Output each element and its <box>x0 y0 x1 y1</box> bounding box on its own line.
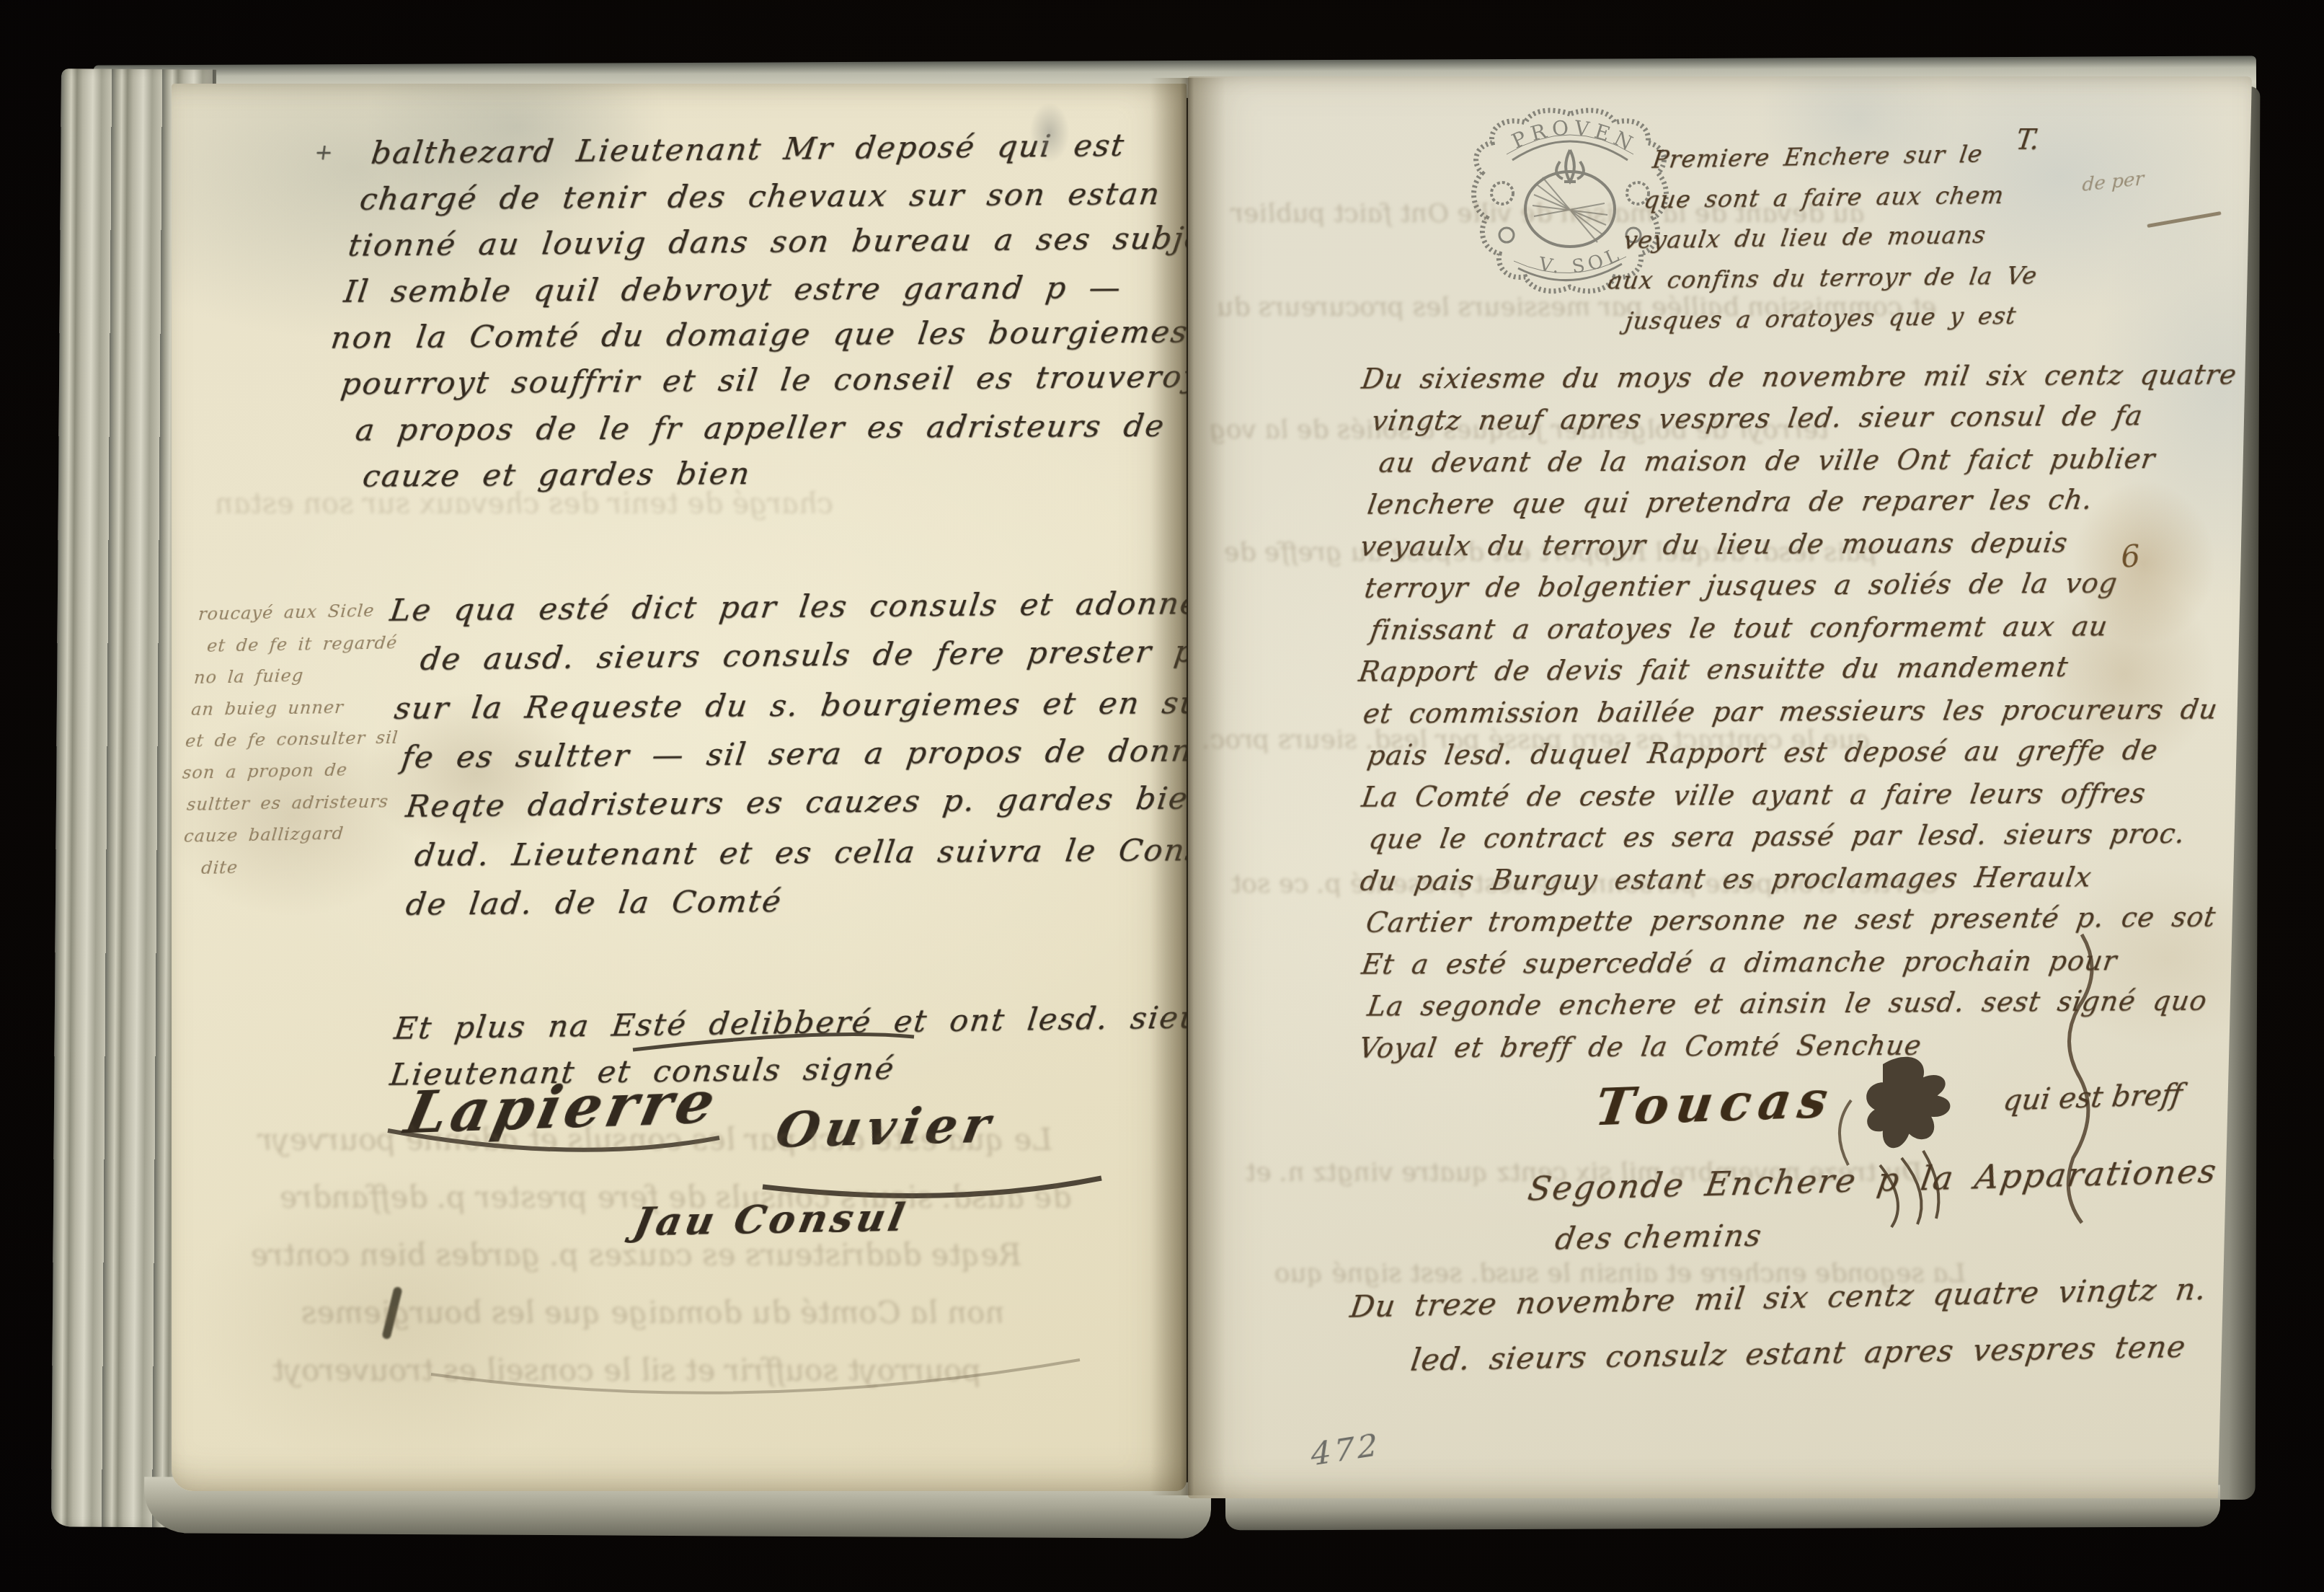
margin-note-line: roucayé aux Sicle <box>198 601 376 624</box>
folio-number-ink: 6 <box>2120 538 2142 575</box>
subheading-line: Segonde Enchere p la Apparationes <box>1525 1151 2220 1208</box>
manuscript-line: pourroyt souffrir et sil le conseil es t… <box>339 358 1187 402</box>
margin-note-line: et de fe it regardé <box>206 632 399 656</box>
manuscript-line: Il semble quil debvroyt estre garand p — <box>342 270 1124 310</box>
signature-jau-consul: Jau Consul <box>630 1193 912 1244</box>
manuscript-line: pais lesd. duquel Rapport est deposé au … <box>1365 734 2160 771</box>
folio-number-pencil: 472 <box>1310 1426 1381 1473</box>
margin-note-line: sultter es adristeurs <box>186 792 389 815</box>
manuscript-line: non la Comté du domaige que les bourgiem… <box>329 314 1187 356</box>
subheading-line: des chemins <box>1553 1218 1765 1257</box>
svg-text:PROVENCE: PROVENCE <box>1452 82 1641 158</box>
manuscript-line: Cartier trompette personne ne sest prese… <box>1364 901 2218 939</box>
manuscript-line: balthezard Lieutenant Mr deposé qui est <box>369 128 1127 172</box>
manuscript-line: Du sixiesme du moys de novembre mil six … <box>1360 359 2239 395</box>
manuscript-line: cauze et gardes bien <box>360 456 753 495</box>
manuscript-line: que le contract es sera passé par lesd. … <box>1367 818 2188 855</box>
stamp-top-text: PROVENCE <box>1452 82 1641 158</box>
manuscript-line: lenchere que qui pretendra de reparer le… <box>1365 484 2095 521</box>
signature-toucas: Toucas <box>1592 1069 1839 1137</box>
manuscript-line: au devant de la maison de ville Ont faic… <box>1377 443 2157 479</box>
manuscript-line: tionné au louvig dans son bureau a ses s… <box>346 220 1187 264</box>
footer-line: Du treze novembre mil six centz quatre v… <box>1348 1270 2252 1325</box>
right-page-corner-mark: T. <box>2014 124 2041 156</box>
margin-note-line: an buieg unner <box>190 697 345 720</box>
margin-note-line: et de fe consulter sil <box>185 728 399 751</box>
manuscript-line: fe es sultter — sil sera a propos de don… <box>399 733 1187 776</box>
manuscript-line: terroyr de bolgentier jusques a soliés d… <box>1362 567 2120 604</box>
ink-smudge <box>381 1286 403 1340</box>
signature-lapierre: Lapierre <box>399 1068 725 1146</box>
pen-dash <box>2147 211 2221 228</box>
manuscript-line: sur la Requeste du s. bourgiemes et en s… <box>392 685 1187 727</box>
manuscript-line: de ausd. sieurs consuls de fere prester … <box>418 632 1187 678</box>
signature-ouvier: Ouvier <box>771 1096 1001 1159</box>
manuscript-line: La segonde enchere et ainsin le susd. se… <box>1365 985 2209 1022</box>
manuscript-line: Et a esté superceddé a dimanche prochain… <box>1360 945 2119 981</box>
svg-text:V. SOLS: V. SOLS <box>1453 84 1626 278</box>
manuscript-line: Reqte dadristeurs es cauzes p. gardes bi… <box>404 779 1187 825</box>
manuscript-line: a propos de le fr appeller es adristeurs… <box>353 408 1187 448</box>
signature-note: qui est breff <box>2001 1078 2184 1118</box>
manuscript-line: dud. Lieutenant et es cella suivra le Co… <box>412 832 1187 874</box>
footer-line: led. sieurs consulz estant apres vespres… <box>1409 1329 2188 1378</box>
margin-note-line: no la fuieg <box>193 665 304 688</box>
manuscript-line: finissant a oratoyes le tout conformemt … <box>1368 611 2110 646</box>
heading-line: Premiere Enchere sur le <box>1651 140 1984 174</box>
left-page: + balthezard Lieutenant Mr deposé qui es… <box>172 84 1187 1491</box>
manuscript-line: Le qua esté dict par les consuls et adon… <box>388 584 1187 629</box>
heading-line: aux confins du terroyr de la Ve <box>1606 262 2039 295</box>
manuscript-line: de lad. de la Comté <box>404 883 784 923</box>
heading-line: veyaulx du lieu de mouans <box>1622 221 1988 255</box>
manuscript-photo: { "palette": { "background": "#0a0705", … <box>0 0 2324 1592</box>
margin-note-line: dite <box>200 857 239 878</box>
manuscript-line: et commission baillée par messieurs les … <box>1361 694 2220 730</box>
manuscript-line: du pais Burguy estant es proclamages Her… <box>1358 862 2094 897</box>
manuscript-line: Rapport de devis fait ensuitte du mandem… <box>1357 651 2070 688</box>
manuscript-line: chargé de tenir des chevaux sur son esta… <box>358 176 1163 218</box>
corner-faint-note: de per <box>2082 168 2145 196</box>
heading-line: que sont a faire aux chem <box>1642 181 2006 214</box>
left-page-corner-mark: + <box>313 140 334 165</box>
margin-note-line: son a propon de <box>182 760 348 783</box>
heading-line: jusques a oratoyes que y est <box>1623 301 2018 335</box>
manuscript-line: La Comté de ceste ville ayant a faire le… <box>1360 777 2148 813</box>
stamp-bottom-text: V. SOLS <box>1453 84 1626 278</box>
manuscript-line: veyaulx du terroyr du lieu de mouans dep… <box>1358 527 2070 562</box>
manuscript-line: Voyal et breff de la Comté Senchue <box>1357 1030 1924 1064</box>
margin-note-line: cauze ballizgard <box>183 823 345 846</box>
ghost-text-line: pourroyt souffrir et sil le conseil es t… <box>270 1353 983 1388</box>
right-page: PROVENCE V. SOLS PROVENCE V. SOLS T. de … <box>1188 76 2252 1498</box>
manuscript-line: Et plus na Esté delibberé et ont lesd. s… <box>392 999 1187 1047</box>
manuscript-line: vingtz neuf apres vespres led. sieur con… <box>1370 400 2145 437</box>
ghost-text-line: non la Comté du domaige que les bourgiem… <box>299 1295 1006 1330</box>
